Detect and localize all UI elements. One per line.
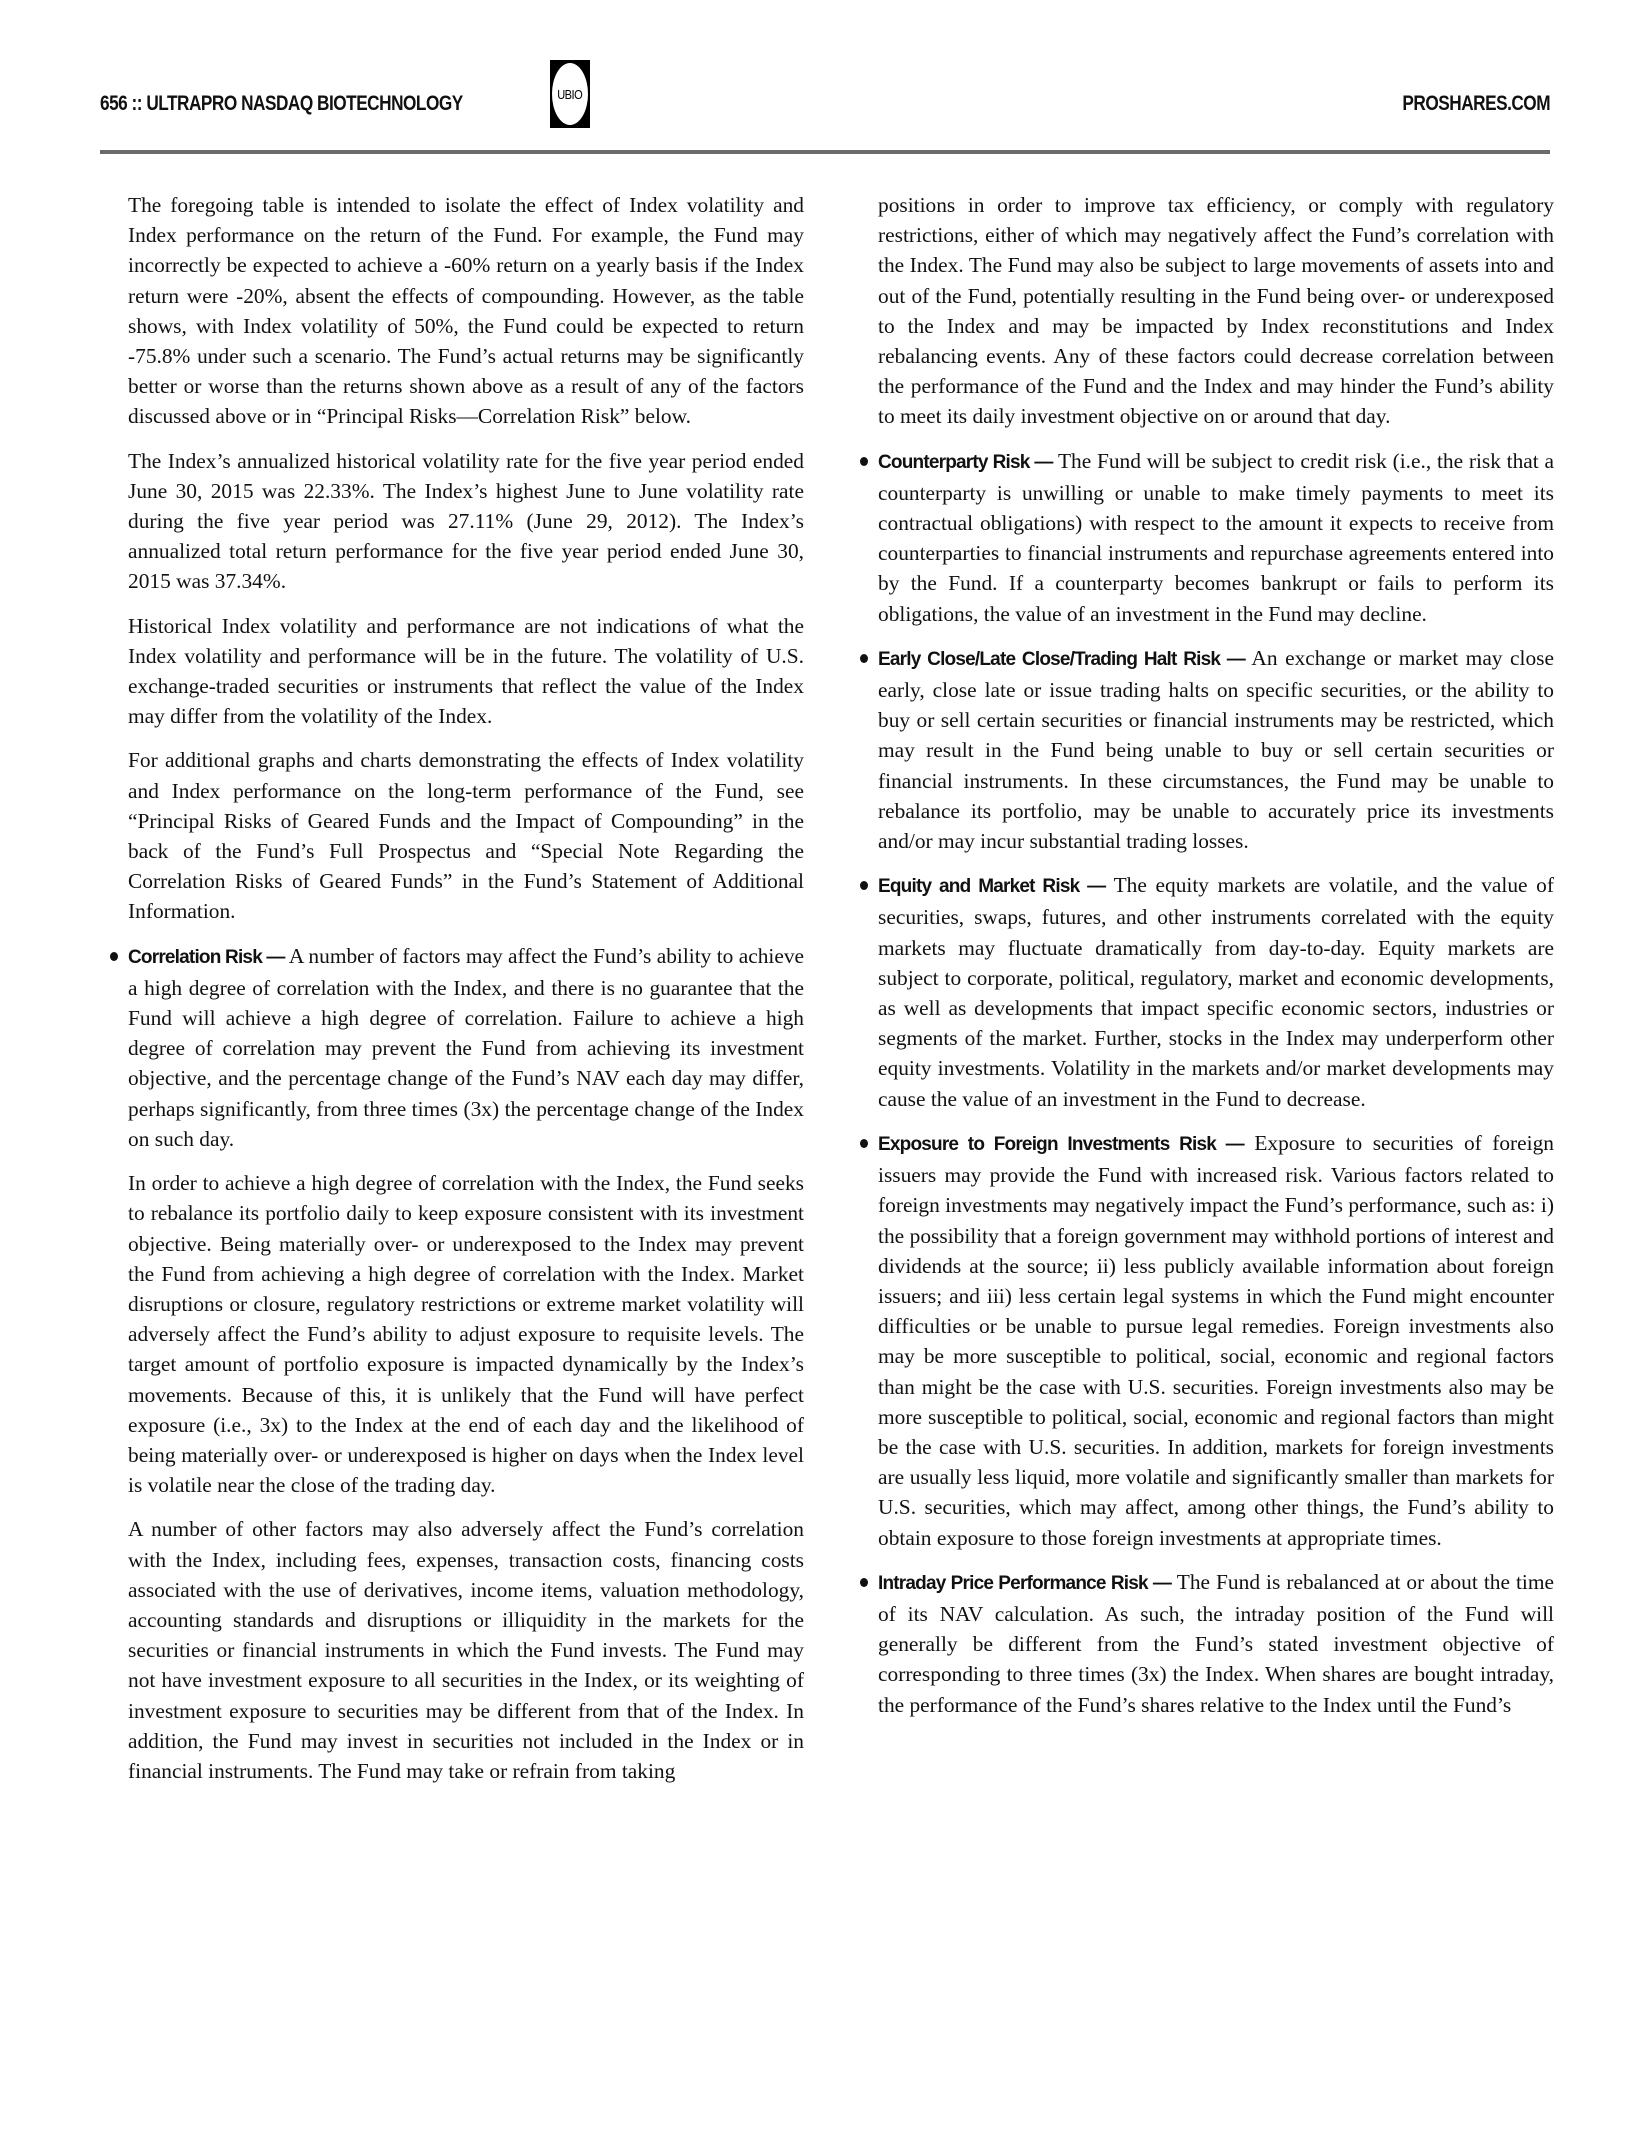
risk-paragraph: Intraday Price Performance Risk — The Fu… bbox=[878, 1567, 1554, 1720]
ticker-logo-icon: UBIO bbox=[550, 60, 590, 128]
site-link[interactable]: PROSHARES.COM bbox=[1402, 92, 1550, 116]
risk-item-equity-market: Equity and Market Risk — The equity mark… bbox=[878, 870, 1554, 1114]
bullet-icon bbox=[860, 654, 868, 663]
paragraph-historical-disclaimer: Historical Index volatility and performa… bbox=[128, 611, 804, 732]
risk-item-correlation: Correlation Risk — A number of factors m… bbox=[128, 941, 804, 1786]
paragraph-table-explanation: The foregoing table is intended to isola… bbox=[128, 190, 804, 432]
bullet-icon bbox=[110, 952, 118, 961]
risk-item-foreign-investments: Exposure to Foreign Investments Risk — E… bbox=[878, 1128, 1554, 1553]
risk-title: Early Close/Late Close/Trading Halt Risk… bbox=[878, 649, 1245, 670]
risk-item-intraday-price: Intraday Price Performance Risk — The Fu… bbox=[878, 1567, 1554, 1720]
risk-body: The equity markets are volatile, and the… bbox=[878, 873, 1554, 1110]
risk-title: Correlation Risk — bbox=[128, 947, 285, 968]
bullet-icon bbox=[860, 1139, 868, 1148]
risk-title: Equity and Market Risk — bbox=[878, 876, 1105, 897]
risk-title: Intraday Price Performance Risk — bbox=[878, 1573, 1171, 1594]
ticker-logo-circle: UBIO bbox=[552, 63, 588, 125]
risk-title: Counterparty Risk — bbox=[878, 452, 1053, 473]
risk-paragraph: Early Close/Late Close/Trading Halt Risk… bbox=[878, 643, 1554, 856]
risk-body: An exchange or market may close early, c… bbox=[878, 646, 1554, 853]
risk-item-early-close: Early Close/Late Close/Trading Halt Risk… bbox=[878, 643, 1554, 856]
risk-paragraph-2: In order to achieve a high degree of cor… bbox=[128, 1168, 804, 1500]
risk-body: A number of factors may affect the Fund’… bbox=[128, 944, 804, 1151]
paragraph-index-volatility: The Index’s annualized historical volati… bbox=[128, 446, 804, 597]
risk-paragraph: Counterparty Risk — The Fund will be sub… bbox=[878, 446, 1554, 629]
risk-body: The Fund will be subject to credit risk … bbox=[878, 449, 1554, 626]
risk-paragraph: Correlation Risk — A number of factors m… bbox=[128, 941, 804, 1154]
paragraph-continuation: positions in order to improve tax effici… bbox=[878, 190, 1554, 432]
risk-item-counterparty: Counterparty Risk — The Fund will be sub… bbox=[878, 446, 1554, 629]
risk-body: Exposure to securities of foreign issuer… bbox=[878, 1131, 1554, 1550]
paragraph-additional-graphs: For additional graphs and charts demonst… bbox=[128, 745, 804, 926]
right-column: positions in order to improve tax effici… bbox=[878, 190, 1554, 1734]
risk-paragraph: Exposure to Foreign Investments Risk — E… bbox=[878, 1128, 1554, 1553]
bullet-icon bbox=[860, 1578, 868, 1587]
risk-paragraph: Equity and Market Risk — The equity mark… bbox=[878, 870, 1554, 1114]
risk-paragraph-3: A number of other factors may also adver… bbox=[128, 1514, 804, 1786]
bullet-icon bbox=[860, 457, 868, 466]
page-header: 656 :: ULTRAPRO NASDAQ BIOTECHNOLOGY UBI… bbox=[100, 60, 1550, 152]
header-divider bbox=[100, 150, 1550, 154]
ticker-logo-text: UBIO bbox=[558, 87, 583, 102]
bullet-icon bbox=[860, 881, 868, 890]
page-title: 656 :: ULTRAPRO NASDAQ BIOTECHNOLOGY bbox=[100, 92, 463, 116]
left-column: The foregoing table is intended to isola… bbox=[128, 190, 804, 1800]
risk-title: Exposure to Foreign Investments Risk — bbox=[878, 1134, 1244, 1155]
